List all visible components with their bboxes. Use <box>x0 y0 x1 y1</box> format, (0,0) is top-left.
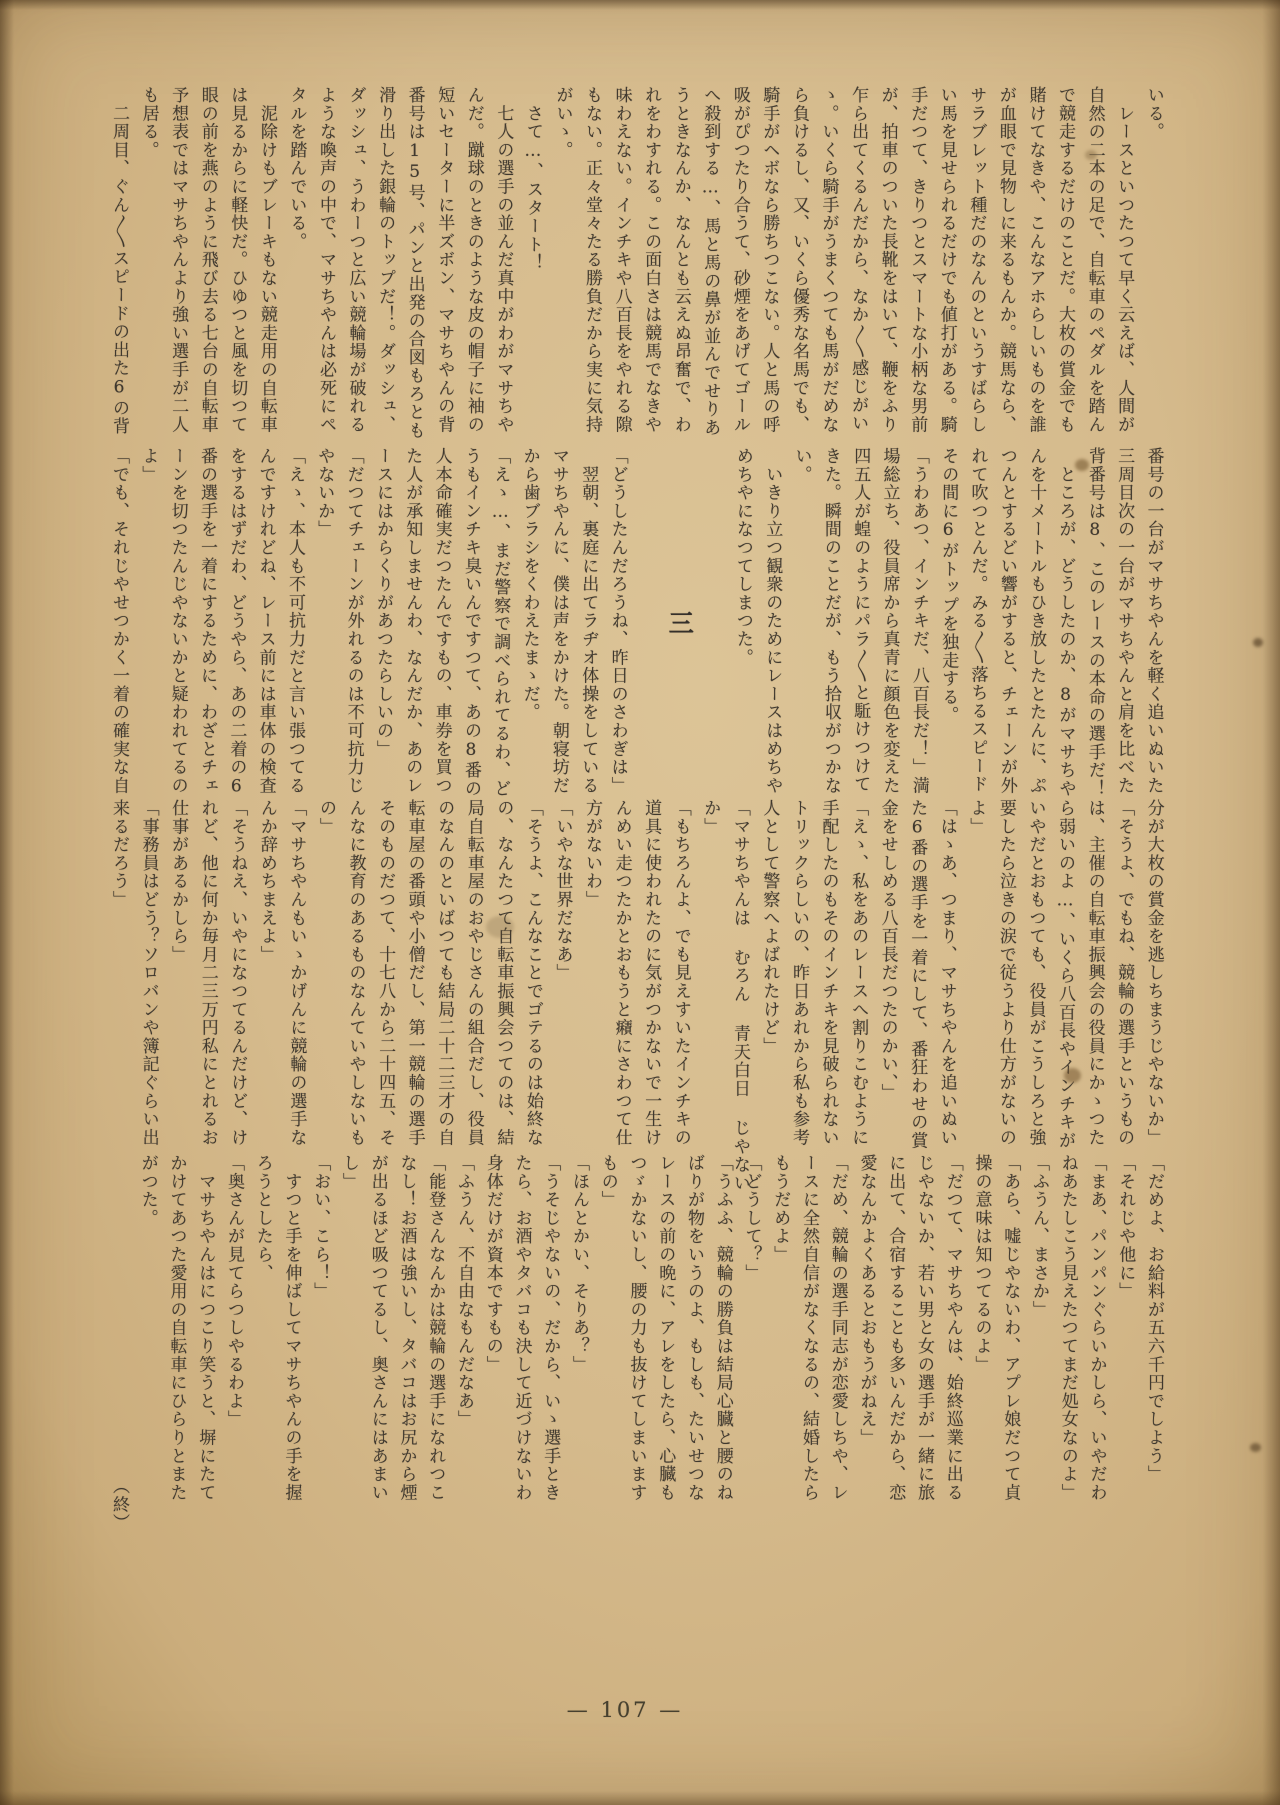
text-column: 泥除けもブレーキもない競走用の自転車 <box>258 86 275 436</box>
text-column: がつた。 <box>139 1154 156 1532</box>
text-column: の」 <box>317 799 334 1151</box>
text-column: 「いやな世界だなあ」 <box>553 799 570 1151</box>
text-column: んなに教育のあるものなんていやしないも <box>347 799 364 1151</box>
text-column: ような喚声の中で、マサちやんは必死にペ <box>317 86 334 436</box>
text-column: たら、お酒やタバコも決して近づけないわ <box>513 1154 530 1532</box>
text-column: か」 <box>701 799 718 1151</box>
text-column: れて吹つとんだ。みる〱落ちるスピード <box>969 447 986 797</box>
text-column: 手だつて、きりつとスマートな小柄な男前 <box>908 86 925 436</box>
scan-edge-right <box>1262 0 1280 1805</box>
text-column: で競走するだけのことだ。大枚の賞金でも <box>1056 86 1073 436</box>
text-column: 賭けてなきや、こんなアホらしいものを誰 <box>1026 86 1043 436</box>
text-column: 「そうよ、でもね、競輪の選手というもの <box>1115 799 1132 1151</box>
text-column: 人として警察へよばれたけど」 <box>760 799 777 1151</box>
text-column: 「それじや他に」 <box>1116 1154 1133 1532</box>
text-column: 「おい、こら！」 <box>311 1154 328 1532</box>
text-column: めちやになつてしまつた。 <box>734 447 751 797</box>
text-column: 場総立ち、役員席から真青に顔色を変えた <box>881 447 898 797</box>
text-column: じやないか、若い男と女の選手が一緒に旅 <box>915 1154 932 1532</box>
text-column: ねあたしこう見えたつてまだ処女なのよ」 <box>1059 1154 1076 1532</box>
text-column: かけてあつた愛用の自転車にひらりとまた <box>168 1154 185 1532</box>
text-column: から歯ブラシをくわえたまゝだ。 <box>521 447 538 797</box>
text-column: んか辞めちまえよ」 <box>258 799 275 1151</box>
text-column <box>705 447 722 797</box>
text-column: いきり立つ観衆のためにレースはめちや <box>763 447 780 797</box>
text-column: をするはずだわ、どうやら、あの二着の6 <box>227 447 244 797</box>
text-column: 転車屋の番頭や小僧だし、第一競輪の選手 <box>406 799 423 1151</box>
text-column: 「もちろんよ、でも見えすいたインチキの <box>672 799 689 1151</box>
text-column: 「能登さんなんかは競輪の選手になれつこ <box>426 1154 443 1532</box>
text-column: 眼の前を燕のように飛び去る七台の自転車 <box>199 86 216 436</box>
end-marker: （終） <box>110 1154 127 1532</box>
text-column: 四五人が蝗のようにパラ〱と駈けつけて <box>851 447 868 797</box>
text-column: そのものだつて、十七八から二十四五、そ <box>376 799 393 1151</box>
text-column: きた。瞬間のことだが、もう拾収がつかな <box>822 447 839 797</box>
text-column: 「ふうん、不自由なもんだなあ」 <box>455 1154 472 1532</box>
text-column: 「でも、それじやせつかく一着の確実な自 <box>110 447 127 797</box>
scan-edge-bottom <box>0 1791 1280 1805</box>
text-column: 三周目次の一台がマサちやんと肩を比べた <box>1115 447 1132 797</box>
text-column: 局自転車屋のおやじさんの組合だし、役員 <box>465 799 482 1151</box>
text-column: うもインチキ臭いんですつて、あの8番の <box>462 447 479 797</box>
text-column: が出るほど吸つてるし、奥さんにはあまい <box>369 1154 386 1532</box>
text-column: へ殺到する…、馬と馬の鼻が並んでせりあ <box>701 86 718 436</box>
text-column: んですけれどね、レース前には車体の検査 <box>257 447 274 797</box>
text-column: つんとするどい響がすると、チェーンが外 <box>998 447 1015 797</box>
text-column: ばりが物をいうのよ、もしも、たいせつな <box>685 1154 702 1532</box>
text-column: 番号の一台がマサちやんを軽く追いぬいた <box>1144 447 1161 797</box>
text-column: いやだとおもつても、役員がこうしろと強 <box>1026 799 1043 1151</box>
text-column: よ」 <box>139 447 156 797</box>
text-column: ーンを切つたんじやないかと疑われてるの <box>169 447 186 797</box>
text-column: もない。正々堂々たる勝負だから実に気持 <box>583 86 600 436</box>
text-column: も居る。 <box>140 86 157 436</box>
text-column: んを十メートルもひき放したとたんに、ぷ <box>1027 447 1044 797</box>
text-column: の、なんたつて自転車振興会つてのは、結 <box>494 799 511 1151</box>
text-column: 自然の二本の足で、自転車のペダルを踏ん <box>1086 86 1103 436</box>
text-column: トリックらしいの、昨日あれから私も参考 <box>790 799 807 1151</box>
text-column: た6番の選手を一着にして、番狂わせの賞 <box>908 799 925 1151</box>
text-column: 「奥さんが見てらつしやるわよ」 <box>225 1154 242 1532</box>
text-column: ら弱いのよ…、いくら八百長やインチキが <box>1056 799 1073 1151</box>
text-column: 来るだろう」 <box>110 799 127 1151</box>
text-column: もうだめよ」 <box>771 1154 788 1532</box>
text-column: 「ほんとかい、そりあ？」 <box>570 1154 587 1532</box>
paper-stain <box>1250 1443 1261 1452</box>
text-column: 「えゝ…、まだ警察で調べられてるわ、ど <box>491 447 508 797</box>
text-column: 吸がぴつたり合うて、砂煙をあげてゴール <box>731 86 748 436</box>
text-column: やないか」 <box>315 447 332 797</box>
text-band-1: いる。 レースといつたつて早く云えば、人間が自然の二本の足で、自転車のペダルを踏… <box>110 86 1162 436</box>
text-column: に出て、合宿することも多いんだから、恋 <box>886 1154 903 1532</box>
text-column: 番号は15号、パンと出発の合図もろとも <box>406 86 423 436</box>
text-column: その間に6がトップを独走する。 <box>939 447 956 797</box>
text-column: のなんのといばつても結局二十二三才の自 <box>435 799 452 1151</box>
text-column: よ」 <box>967 799 984 1151</box>
text-column: 短いセーターに半ズボン、マサちやんの背 <box>435 86 452 436</box>
text-column: は、主催の自転車振興会の役員にかゝつた <box>1086 799 1103 1151</box>
text-column: マサちやんはにつこり笑うと、塀にたて <box>196 1154 213 1532</box>
text-column: マサちやんに、僕は声をかけた。朝寝坊だ <box>550 447 567 797</box>
text-column: 操の意味は知つてるのよ」 <box>973 1154 990 1532</box>
text-column: 味わえない。インチキや八百長をやれる隙 <box>613 86 630 436</box>
text-column: が血眼で見物しに来るもんか。競馬なら、 <box>997 86 1014 436</box>
text-column: 騎手がヘボなら勝ちつこない。人と馬の呼 <box>760 86 777 436</box>
text-column: 番の選手を一着にするために、わざとチェ <box>198 447 215 797</box>
text-column: 人本命確実だつたんですもの、車券を買つ <box>433 447 450 797</box>
text-column: もの」 <box>599 1154 616 1532</box>
text-column: ろうとしたら、 <box>254 1154 271 1532</box>
text-column: 七人の選手の並んだ真中がわがマサちや <box>494 86 511 436</box>
text-column: 「そうねえ、いやになつてるんだけど、け <box>228 799 245 1151</box>
text-column: れど、他に何か毎月二三万円私にとれるお <box>199 799 216 1151</box>
text-column: ところが、どうしたのか、8がマサちや <box>1057 447 1074 797</box>
text-column: ースにはからくりがあつたらしいの」 <box>374 447 391 797</box>
text-column: い馬を見せられるだけでも値打がある。騎 <box>938 86 955 436</box>
text-column: ダッシュ、うわーつと広い競輪場が破れる <box>347 86 364 436</box>
text-column: レースの前の晩に、アレをしたら、心臓も <box>656 1154 673 1532</box>
text-column: た人が承知しませんわ、なんだか、あのレ <box>403 447 420 797</box>
text-column: 「まあ、パンパンぐらいかしら、いやだわ <box>1088 1154 1105 1532</box>
text-column: タルを踏んでいる。 <box>287 86 304 436</box>
text-column: 予想表ではマサちやんより強い選手が二人 <box>169 86 186 436</box>
text-column: 仕事があるかしら」 <box>169 799 186 1151</box>
text-band-3: 分が大枚の賞金を逃しちまうじやないか」「そうよ、でもね、競輪の選手というものは、… <box>110 799 1162 1151</box>
text-column: が、拍車のついた長靴をはいて、鞭をふり <box>879 86 896 436</box>
text-column: 翌朝、裏庭に出てラヂオ体操をしている <box>579 447 596 797</box>
text-column: 「えゝ、本人も不可抗力だと言い張つてる <box>286 447 303 797</box>
text-column: 愛なんかよくあるとおもうがねえ」 <box>858 1154 875 1532</box>
text-column: 「だめ、競輪の選手同志が恋愛しちや、レ <box>829 1154 846 1532</box>
magazine-page: いる。 レースといつたつて早く云えば、人間が自然の二本の足で、自転車のペダルを踏… <box>0 0 1280 1805</box>
text-column: 「えゝ、私をあのレースへ割りこむように <box>849 799 866 1151</box>
text-column: 方がないわ」 <box>583 799 600 1151</box>
text-column: は見るからに軽快だ。ひゆつと風を切つて <box>228 86 245 436</box>
text-column: 「そうよ、こんなことでゴテるのは始終な <box>524 799 541 1151</box>
text-column: 要したら泣きの涙で従うより仕方がないの <box>997 799 1014 1151</box>
text-column: 背番号は8、このレースの本命の選手だ！ <box>1086 447 1103 797</box>
text-column: 「だつてチェーンが外れるのは不可抗力じ <box>345 447 362 797</box>
page-number: — 107 — <box>0 1698 1250 1722</box>
text-column: 道具に使われたのに気がつかないで一生け <box>642 799 659 1151</box>
text-column: がいゝ。 <box>553 86 570 436</box>
text-column: 「うそじやないの、だから、いゝ選手とき <box>541 1154 558 1532</box>
text-column: サラブレット種だのなんのというすばらし <box>967 86 984 436</box>
text-column: んめい走つたかとおもうと癪にさわつて仕 <box>613 799 630 1151</box>
text-column: すつと手を伸ばしてマサちやんの手を握 <box>283 1154 300 1532</box>
text-column: んだ。蹴球のときのような皮の帽子に袖の <box>465 86 482 436</box>
text-column: 「事務員はどう？ソロバンや簿記ぐらい出 <box>140 799 157 1151</box>
text-column: いる。 <box>1145 86 1162 436</box>
text-column: し」 <box>340 1154 357 1532</box>
text-column: 「あら、嘘じやないわ、アプレ娘だつて貞 <box>1001 1154 1018 1532</box>
text-column: さて…、スタート！ <box>524 86 541 436</box>
section-divider: 三 <box>667 447 692 797</box>
text-column: 手配したのもそのインチキを見破られない <box>820 799 837 1151</box>
text-column: ースに全然自信がなくなるの、結婚したら <box>800 1154 817 1532</box>
paper-stain <box>1253 638 1263 647</box>
text-column: レースといつたつて早く云えば、人間が <box>1115 86 1132 436</box>
text-column: 「ふうん、まさか」 <box>1030 1154 1047 1532</box>
text-column: ら負けるし、又、いくら優秀な名馬でも、 <box>790 86 807 436</box>
text-band-2: 番号の一台がマサちやんを軽く追いぬいた三周目次の一台がマサちやんと肩を比べた背番… <box>110 447 1162 797</box>
text-column: 「どうして？」 <box>743 1154 760 1532</box>
text-column: つゞかないし、腰の力も抜けてしまいます <box>628 1154 645 1532</box>
text-column: 「うわあつ、インチキだ、八百長だ！」満 <box>910 447 927 797</box>
text-band-4: 「だめよ、お給料が五六千円でしよう」「それじや他に」「まあ、パンパンぐらいかしら… <box>110 1154 1162 1532</box>
text-column: 金をせしめる八百長だつたのかい、」 <box>879 799 896 1151</box>
text-column: うときなんか、なんとも云えぬ昂奮で、わ <box>672 86 689 436</box>
text-column: 滑り出した銀輪のトップだ！。ダッシュ、 <box>376 86 393 436</box>
text-column: 「だめよ、お給料が五六千円でしよう」 <box>1145 1154 1162 1532</box>
text-column <box>638 447 655 797</box>
text-column: 「はゝあ、つまり、マサちやんを追いぬい <box>938 799 955 1151</box>
text-column: 「どうしたんだろうね、昨日のさわぎは」 <box>609 447 626 797</box>
text-column: なし！お酒は強いし、タバコはお尻から煙 <box>398 1154 415 1532</box>
text-column: 乍ら出てくるんだから、なか〱感じがい <box>849 86 866 436</box>
text-column: ゝ。いくら騎手がうまくつても馬がだめな <box>820 86 837 436</box>
text-column: 「マサちやんもいゝかげんに競輪の選手な <box>287 799 304 1151</box>
text-column: 身体だけが資本ですもの」 <box>484 1154 501 1532</box>
text-column: れをわすれる。この面白さは競馬でなきや <box>642 86 659 436</box>
text-column: 二周目、ぐん〱スピードの出た6の背 <box>110 86 127 436</box>
text-column: い。 <box>793 447 810 797</box>
text-column: 「うふふ、競輪の勝負は結局心臓と腰のね <box>714 1154 731 1532</box>
text-column: 「だつて、マサちやんは、始終巡業に出る <box>944 1154 961 1532</box>
text-column: 「マサちやんは むろん 青天白日 じやない <box>731 799 748 1151</box>
text-column: 分が大枚の賞金を逃しちまうじやないか」 <box>1145 799 1162 1151</box>
